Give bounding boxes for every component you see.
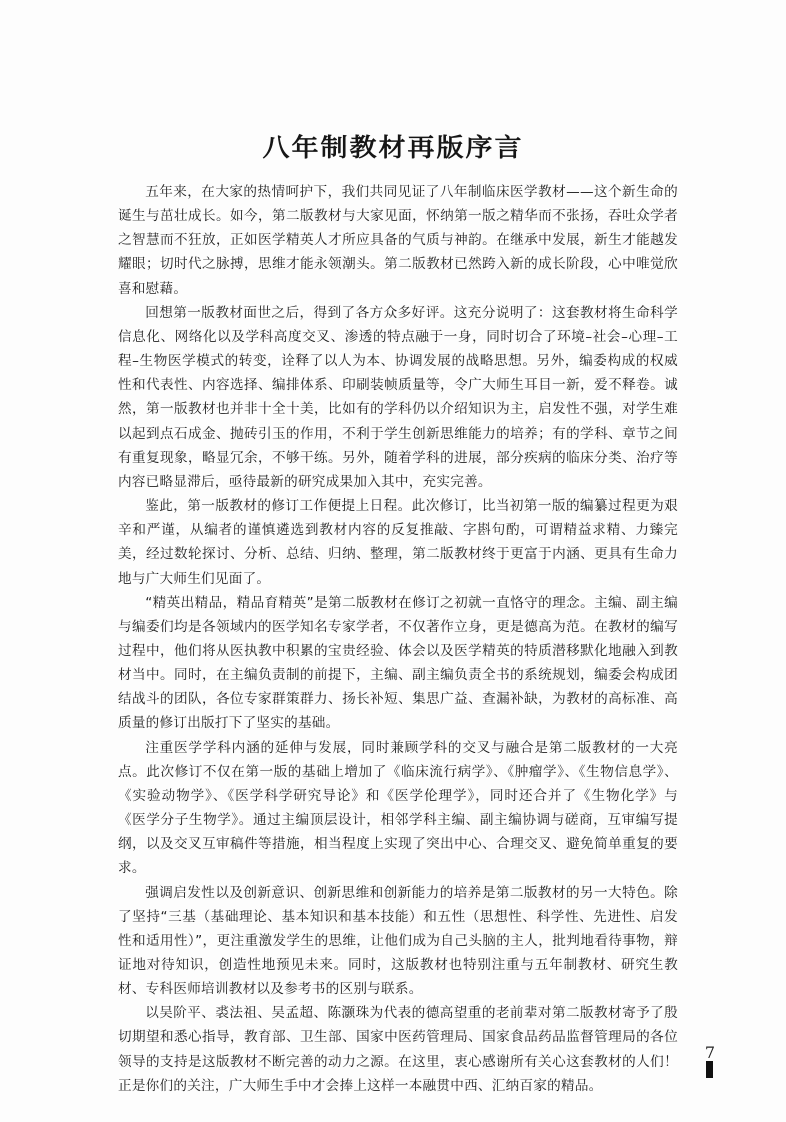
paragraph: 五年来，在大家的热情呵护下，我们共同见证了八年制临床医学教材——这个新生命的诞生… xyxy=(118,180,678,301)
paragraph: “精英出精品，精品育精英”是第二版教材在修订之初就一直恪守的理念。主编、副主编与… xyxy=(118,591,678,736)
document-page: 八年制教材再版序言 五年来，在大家的热情呵护下，我们共同见证了八年制临床医学教材… xyxy=(0,0,786,1122)
paragraph: 以吴阶平、裘法祖、吴孟超、陈灏珠为代表的德高望重的老前辈对第二版教材寄予了殷切期… xyxy=(118,1001,678,1098)
preface-body: 五年来，在大家的热情呵护下，我们共同见证了八年制临床医学教材——这个新生命的诞生… xyxy=(118,180,678,1098)
page-number: 7 xyxy=(700,1043,720,1062)
page-edge-marker xyxy=(706,1061,713,1078)
paragraph: 鉴此，第一版教材的修订工作便提上日程。此次修订，比当初第一版的编纂过程更为艰辛和… xyxy=(118,494,678,591)
paragraph: 注重医学学科内涵的延伸与发展，同时兼顾学科的交叉与融合是第二版教材的一大亮点。此… xyxy=(118,736,678,881)
paragraph: 强调启发性以及创新意识、创新思维和创新能力的培养是第二版教材的另一大特色。除了坚… xyxy=(118,881,678,1002)
page-title: 八年制教材再版序言 xyxy=(0,128,786,164)
paragraph: 回想第一版教材面世之后，得到了各方众多好评。这充分说明了：这套教材将生命科学信息… xyxy=(118,301,678,494)
